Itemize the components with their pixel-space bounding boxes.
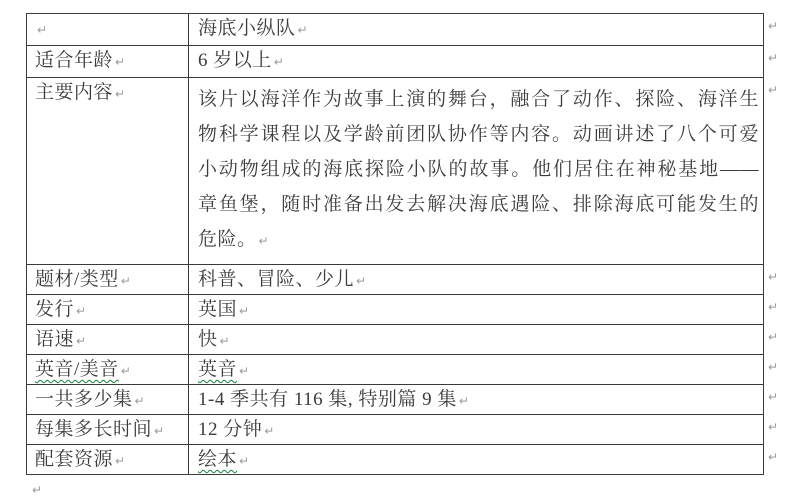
value-cell[interactable]: 1-4 季共有 116 集, 特别篇 9 集↵ [189,385,763,414]
value-text: 绘本 [198,449,237,470]
label-text: 题材/类型 [35,269,119,290]
label-text: 主要内容 [35,82,113,103]
row-end-mark-icon: ↵ [768,420,778,434]
row-end-mark-icon: ↵ [768,83,778,97]
cell-end-mark-icon: ↵ [115,55,125,69]
table-row: 每集多长时间↵12 分钟↵↵ [27,415,763,445]
label-cell[interactable]: 发行↵ [27,295,189,324]
cell-end-mark-icon: ↵ [76,304,86,318]
paragraph-line: 该片以海洋作为故事上演的舞台，融合了动作、探险、海洋生 [198,82,759,117]
value-text: 6 岁以上 [198,50,272,71]
table-row: 一共多少集↵1-4 季共有 116 集, 特别篇 9 集↵↵ [27,385,763,415]
label-cell[interactable]: 一共多少集↵ [27,385,189,414]
table-row: 适合年龄↵6 岁以上↵↵ [27,46,763,78]
label-text: 发行 [35,299,74,320]
label-text: 一共多少集 [35,389,133,410]
table-row: 主要内容↵该片以海洋作为故事上演的舞台，融合了动作、探险、海洋生物科学课程以及学… [27,78,763,265]
value-cell[interactable]: 绘本↵ [189,445,763,474]
value-cell[interactable]: 英音↵ [189,355,763,384]
value-text: 1-4 季共有 116 集, 特别篇 9 集 [198,389,457,410]
label-text: 配套资源 [35,449,113,470]
label-text: 语速 [35,329,74,350]
paragraph-line: 物科学课程以及学龄前团队协作等内容。动画讲述了八个可爱 [198,117,759,152]
cell-end-mark-icon: ↵ [239,454,249,468]
cell-end-mark-icon: ↵ [459,394,469,408]
label-text: 英音/美音 [35,359,119,380]
label-text: 每集多长时间 [35,419,152,440]
cell-end-mark-icon: ↵ [259,234,269,248]
cell-end-mark-icon: ↵ [76,334,86,348]
row-end-mark-icon: ↵ [768,19,778,33]
label-cell[interactable]: 题材/类型↵ [27,265,189,294]
label-cell[interactable]: 每集多长时间↵ [27,415,189,444]
cell-end-mark-icon: ↵ [154,424,164,438]
value-text: 英音 [198,359,237,380]
table-row: 题材/类型↵科普、冒险、少儿↵↵ [27,265,763,295]
row-end-mark-icon: ↵ [768,450,778,464]
cell-end-mark-icon: ↵ [121,274,131,288]
document-page: ↵海底小纵队↵↵适合年龄↵6 岁以上↵↵主要内容↵该片以海洋作为故事上演的舞台，… [0,0,806,503]
row-end-mark-icon: ↵ [768,360,778,374]
value-text: 科普、冒险、少儿 [198,269,354,290]
label-cell[interactable]: 适合年龄↵ [27,46,189,77]
value-cell[interactable]: 科普、冒险、少儿↵ [189,265,763,294]
table-row: 语速↵快↵↵ [27,325,763,355]
cell-end-mark-icon: ↵ [239,364,249,378]
cell-end-mark-icon: ↵ [121,364,131,378]
paragraph-line: 小动物组成的海底探险小队的故事。他们居住在神秘基地—— [198,152,759,187]
value-cell[interactable]: 6 岁以上↵ [189,46,763,77]
label-text: 适合年龄 [35,50,113,71]
label-cell[interactable]: 语速↵ [27,325,189,354]
value-cell[interactable]: 12 分钟↵ [189,415,763,444]
value-text: 英国 [198,299,237,320]
row-end-mark-icon: ↵ [768,270,778,284]
label-cell[interactable]: 主要内容↵ [27,78,189,264]
cell-end-mark-icon: ↵ [115,87,125,101]
cell-end-mark-icon: ↵ [115,454,125,468]
table-row: 配套资源↵绘本↵↵ [27,445,763,474]
label-cell[interactable]: 英音/美音↵ [27,355,189,384]
cell-end-mark-icon: ↵ [37,23,47,37]
table-row: 英音/美音↵英音↵↵ [27,355,763,385]
paragraph-mark-icon: ↵ [32,483,42,497]
cell-end-mark-icon: ↵ [298,23,308,37]
value-cell[interactable]: 海底小纵队↵ [189,14,763,45]
paragraph-after-table: ↵ [30,481,42,499]
row-end-mark-icon: ↵ [768,330,778,344]
cell-end-mark-icon: ↵ [264,424,274,438]
value-cell[interactable]: 快↵ [189,325,763,354]
table-row: 发行↵英国↵↵ [27,295,763,325]
value-cell[interactable]: 英国↵ [189,295,763,324]
row-end-mark-icon: ↵ [768,51,778,65]
paragraph-line: 章鱼堡，随时准备出发去解决海底遇险、排除海底可能发生的 [198,187,759,222]
label-cell[interactable]: ↵ [27,14,189,45]
cell-end-mark-icon: ↵ [220,334,230,348]
row-end-mark-icon: ↵ [768,300,778,314]
value-text: 快 [198,329,218,350]
row-end-mark-icon: ↵ [768,390,778,404]
info-table: ↵海底小纵队↵↵适合年龄↵6 岁以上↵↵主要内容↵该片以海洋作为故事上演的舞台，… [26,13,764,475]
label-cell[interactable]: 配套资源↵ [27,445,189,474]
table-row: ↵海底小纵队↵↵ [27,14,763,46]
value-text: 12 分钟 [198,419,262,440]
paragraph-line: 危险。↵ [198,222,759,259]
cell-end-mark-icon: ↵ [274,55,284,69]
value-text: 海底小纵队 [198,18,296,39]
cell-end-mark-icon: ↵ [239,304,249,318]
cell-end-mark-icon: ↵ [135,394,145,408]
cell-end-mark-icon: ↵ [356,274,366,288]
value-cell[interactable]: 该片以海洋作为故事上演的舞台，融合了动作、探险、海洋生物科学课程以及学龄前团队协… [189,78,763,264]
